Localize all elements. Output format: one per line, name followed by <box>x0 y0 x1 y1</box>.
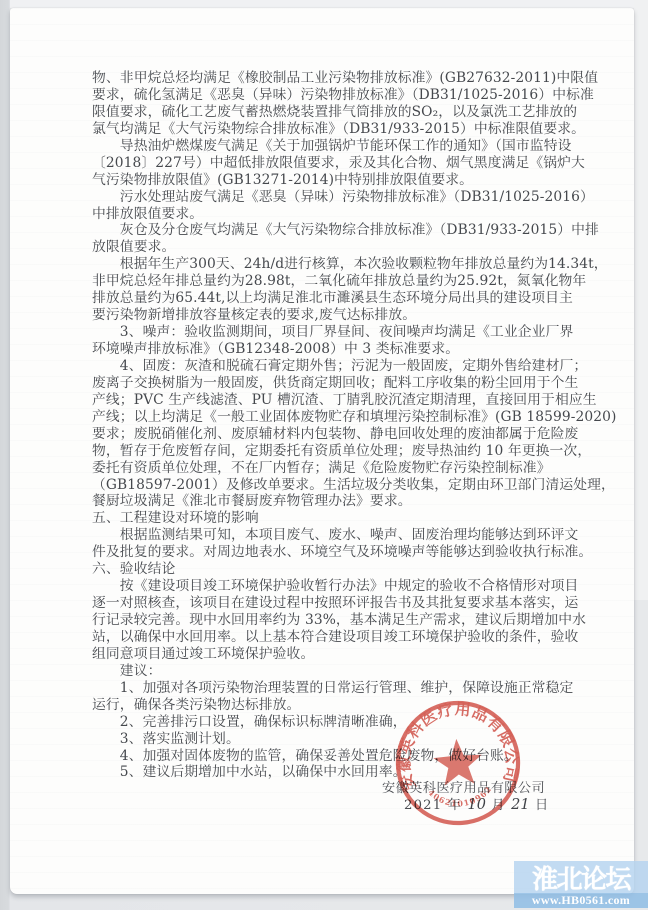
date-year-label: 2021 年 <box>404 798 468 813</box>
doc-line: 要求，硫化氢满足《恶臭（异味）污染物排放标准》（DB31/1025-2016）中… <box>92 87 558 104</box>
doc-line: 要污染物新增排放容量核定表的要求,废气达标排放。 <box>92 307 558 324</box>
watermark-url-strip: www.HB0561.com <box>514 893 648 908</box>
doc-line: 4、加强对固体废物的监管，确保妥善处置危险废物，做好台账。 <box>92 748 558 765</box>
date-day-handwritten: 21 <box>511 797 529 813</box>
doc-line: 中排放限值要求。 <box>92 206 558 223</box>
doc-line: 气污染物排放限值》(GB13271-2014)中特别排放限值要求。 <box>92 172 558 189</box>
doc-line: 组同意项目通过竣工环境保护验收。 <box>92 646 558 663</box>
watermark-url: www.HB0561.com <box>532 893 630 908</box>
doc-line: 产线；以上均满足《一般工业固体废物贮存和填埋污染控制标准》(GB 18599-2… <box>92 409 558 426</box>
doc-line: 3、噪声：验收监测期间，项目厂界昼间、夜间噪声均满足《工业企业厂界 <box>92 324 558 341</box>
doc-line: 五、工程建设对环境的影响 <box>92 510 558 527</box>
doc-line: 4、固废：灰渣和脱硫石膏定期外售；污泥为一般固废，定期外售给建材厂； <box>92 358 558 375</box>
doc-line: 运行，确保各类污染物达标排放。 <box>92 697 558 714</box>
doc-line: 放限值要求。 <box>92 239 558 256</box>
doc-line: 根据年生产300天、24h/d进行核算，本次验收颗粒物年排放总量约为14.34t… <box>92 256 558 273</box>
doc-line: （GB18597-2001）及修改单要求。生活垃圾分类收集，定期由环卫部门清运处… <box>92 477 558 494</box>
scanned-document-viewer: { "document": { "lines": [ "物、非甲烷总烃均满足《橡… <box>0 0 648 910</box>
doc-line: 餐厨垃圾满足《淮北市餐厨废弃物管理办法》要求。 <box>92 493 558 510</box>
doc-line: 1、加强对各项污染物治理装置的日常运行管理、维护，保障设施正常稳定 <box>92 680 558 697</box>
doc-line: 站，以确保中水回用率。以上基本符合建设项目竣工环境保护验收的条件，验收 <box>92 629 558 646</box>
doc-line: 物，暂存于危废暂存间，定期委托有资质单位处理；废导热油约 10 年更换一次， <box>92 443 558 460</box>
doc-line: 污水处理站废气满足《恶臭（异味）污染物排放标准》（DB31/1025-2016） <box>92 189 558 206</box>
doc-line: 废离子交换树脂为一般固废，供货商定期回收；配料工序收集的粉尘回用于个生 <box>92 375 558 392</box>
doc-line: 非甲烷总烃年排总量约为28.98t，二氧化硫年排放总量约为25.92t，氮氧化物… <box>92 273 558 290</box>
signature-date: 2021 年 10 月 21 日 <box>404 794 549 813</box>
doc-line: 要求；废脱硝催化剂、废原辅材料内包装物、静电回收处理的废油都属于危险废 <box>92 426 558 443</box>
doc-line: 环境噪声排放标准》（GB12348-2008）中 3 类标准要求。 <box>92 341 558 358</box>
doc-line: 灰仓及分仓废气均满足《大气污染物综合排放标准》（DB31/933-2015）中排 <box>92 222 558 239</box>
doc-line: 物、非甲烷总烃均满足《橡胶制品工业污染物排放标准》(GB27632-2011)中… <box>92 70 558 87</box>
doc-line: 建议： <box>92 663 558 680</box>
doc-line: 〔2018〕227号）中超低排放限值要求，汞及其化合物、烟气黑度满足《锅炉大 <box>92 155 558 172</box>
date-month-label: 月 <box>486 798 511 813</box>
document-page: 物、非甲烷总烃均满足《橡胶制品工业污染物排放标准》(GB27632-2011)中… <box>10 8 634 894</box>
doc-line: 排放总量约为65.44t,以上均满足淮北市濉溪县生态环境分局出具的建设项目主 <box>92 290 558 307</box>
doc-line: 六、验收结论 <box>92 561 558 578</box>
doc-line: 氯气均满足《大气污染物综合排放标准》（DB31/933-2015）中标准限值要求… <box>92 121 558 138</box>
date-day-label: 日 <box>530 798 550 813</box>
doc-line: 根据监测结果可知，本项目废气、废水、噪声、固废治理均能够达到环评文 <box>92 527 558 544</box>
document-body-text: 物、非甲烷总烃均满足《橡胶制品工业污染物排放标准》(GB27632-2011)中… <box>92 70 558 781</box>
doc-line: 3、落实监测计划。 <box>92 731 558 748</box>
doc-line: 按《建设项目竣工环境保护验收暂行办法》中规定的验收不合格情形对项目 <box>92 578 558 595</box>
doc-line: 行记录较完善。现中水回用率约为 33%，基本满足生产需求，建议后期增加中水 <box>92 612 558 629</box>
date-month-handwritten: 10 <box>468 797 486 813</box>
doc-line: 逐一对照核查，该项目在建设过程中按照环评报告书及其批复要求基本落实，运 <box>92 595 558 612</box>
doc-line: 限值要求，硫化工艺废气蓄热燃烧装置排气筒排放的SO₂，以及氯洗工艺排放的 <box>92 104 558 121</box>
scan-margin-right <box>634 0 648 600</box>
doc-line: 2、完善排污口设置，确保标识标牌清晰准确， <box>92 714 558 731</box>
scan-margin-top <box>10 0 648 8</box>
doc-line: 产线；PVC 生产线滤渣、PU 槽沉渣、丁腈乳胶沉渣定期清理，直接回用于相应生 <box>92 392 558 409</box>
doc-line: 件及批复的要求。对周边地表水、环境空气及环境噪声等能够达到验收执行标准。 <box>92 544 558 561</box>
doc-line: 导热油炉燃煤废气满足《关于加强锅炉节能环保工作的通知》（国市监特设 <box>92 138 558 155</box>
doc-line: 委托有资质单位处理，不在厂内暂存；满足《危险废物贮存污染控制标准》 <box>92 460 558 477</box>
